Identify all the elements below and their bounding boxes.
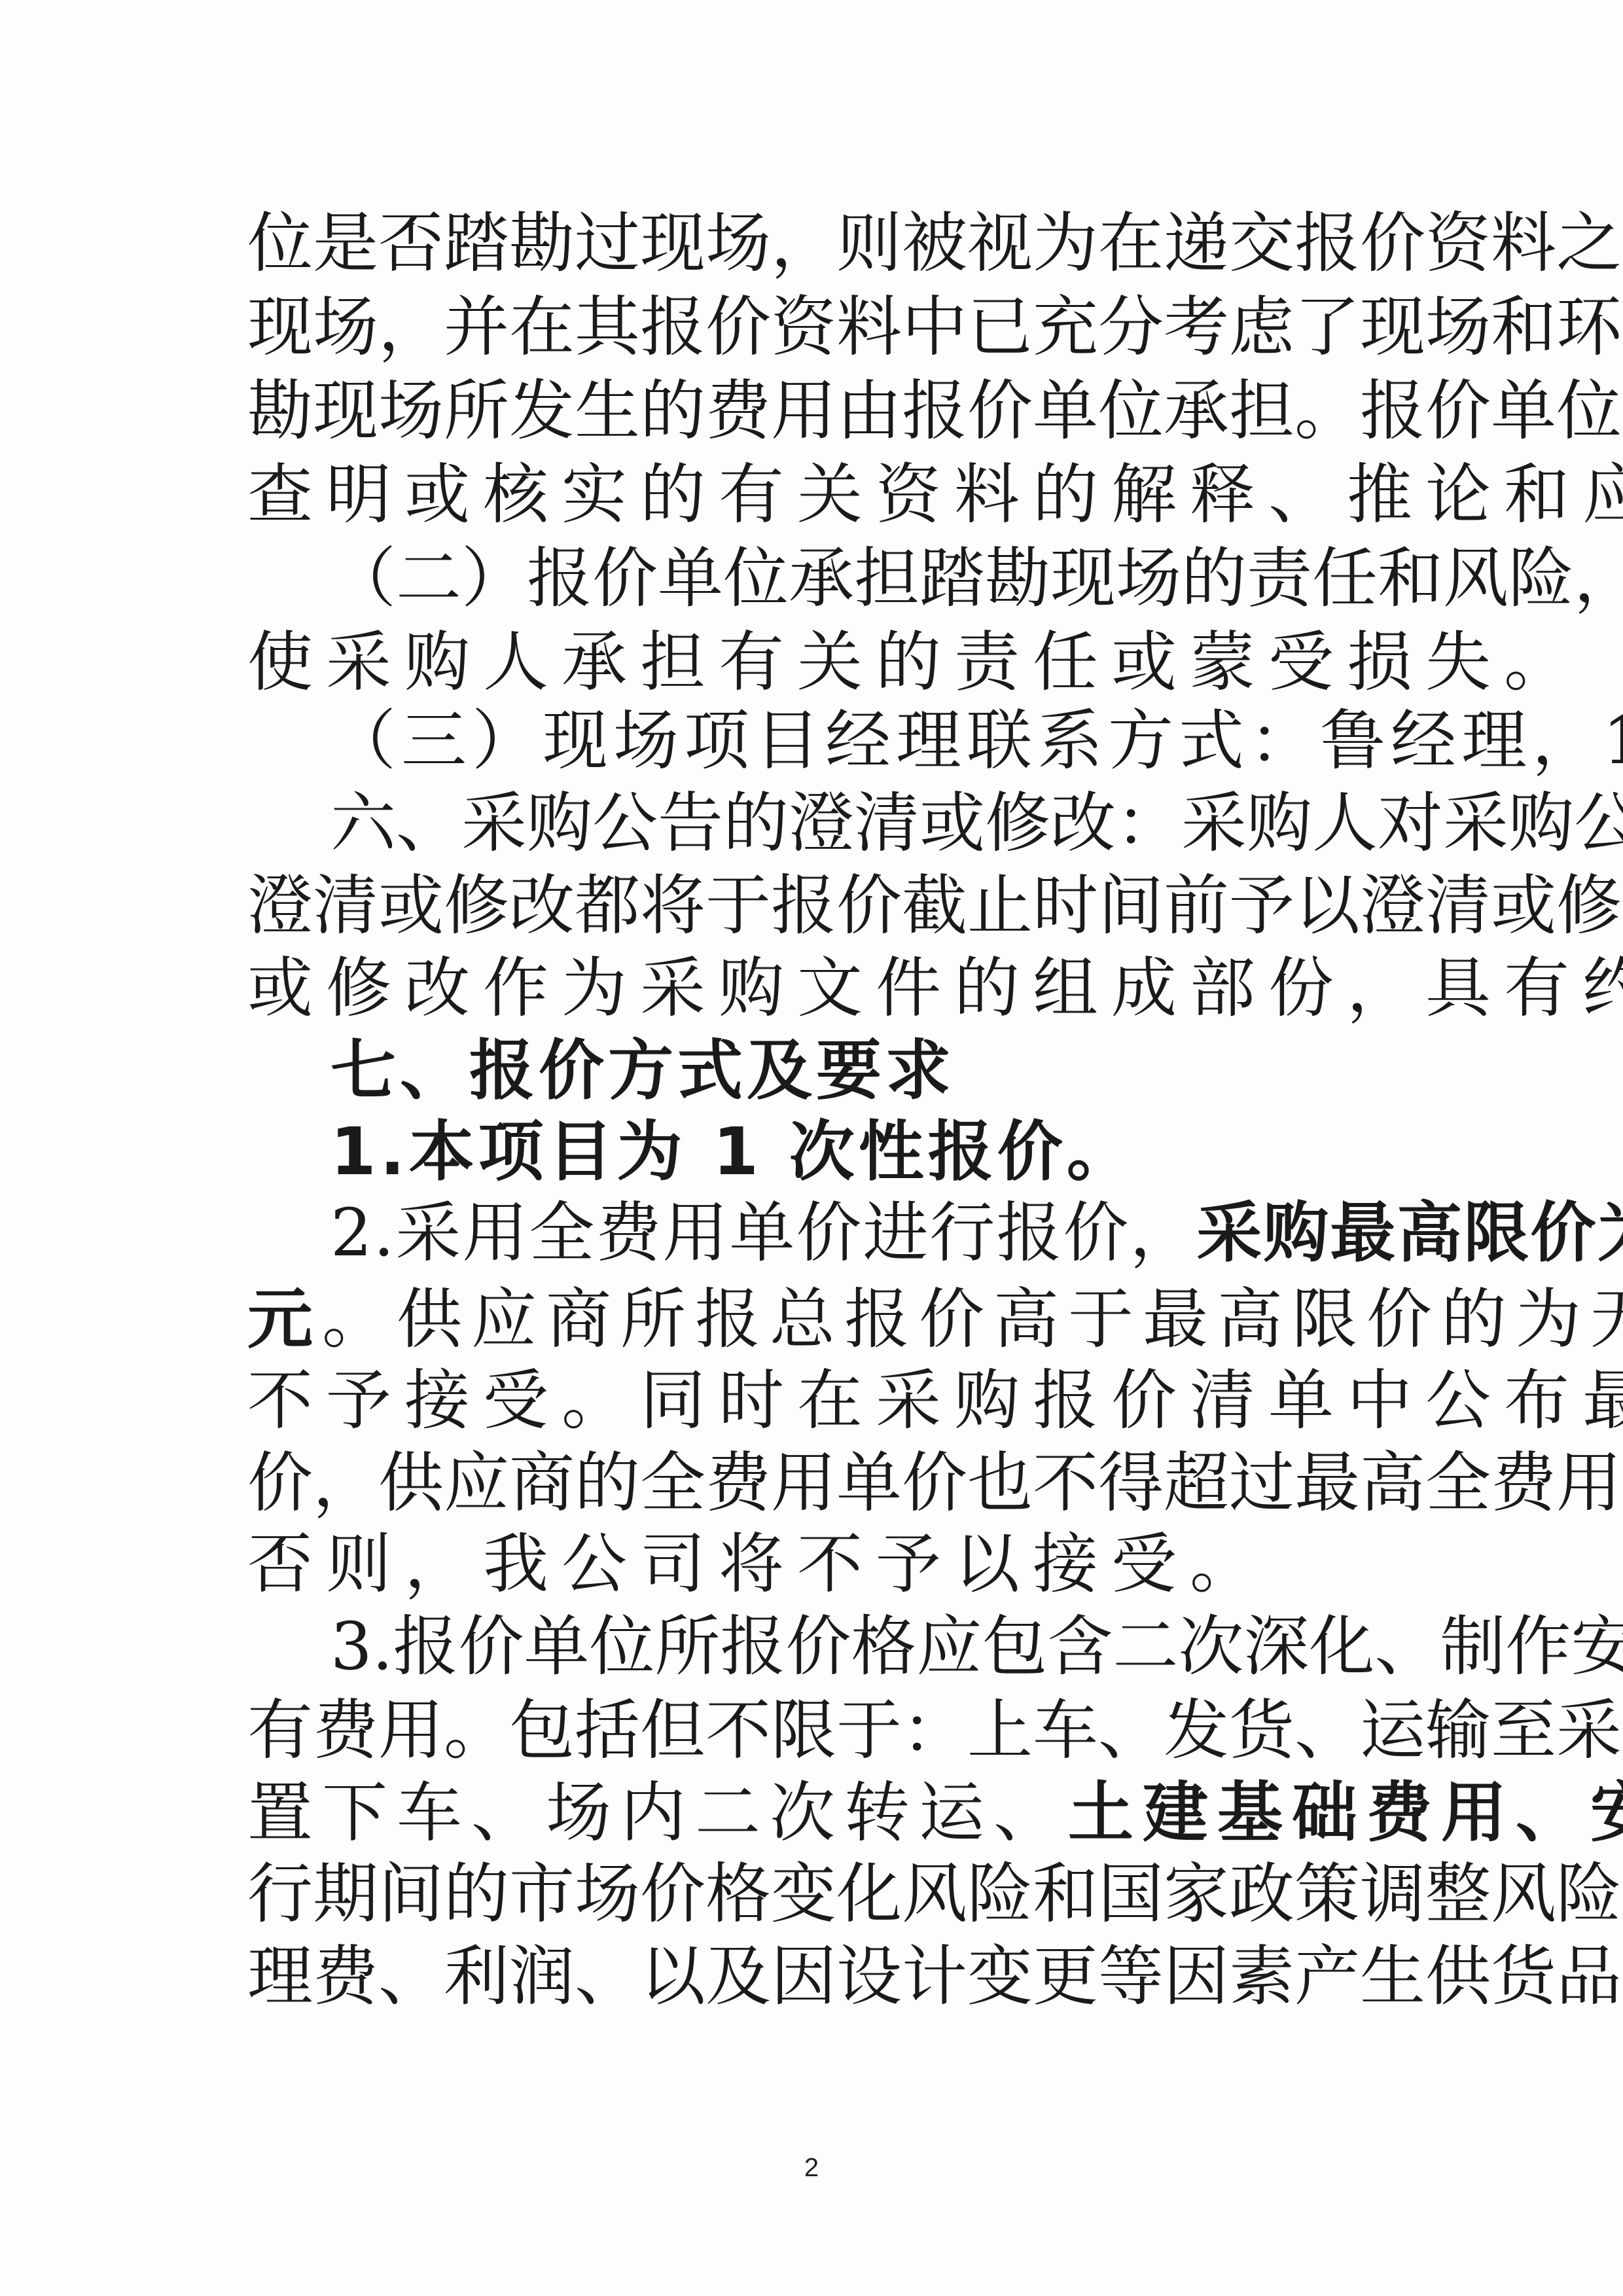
item-2-line: 价，供应商的全费用单价也不得超过最高全费用单价限价， bbox=[247, 1441, 1374, 1525]
item-3-line: 3.报价单位所报价格应包含二次深化、制作安装等的所 bbox=[330, 1605, 1374, 1689]
max-price-text: 采购最高限价为 375200.00 bbox=[1196, 1194, 1623, 1271]
item-3-line: 行期间的市场价格变化风险和国家政策调整风险、税金、管 bbox=[247, 1852, 1374, 1936]
bold-costs-text: 土建基础费用、安装费用 bbox=[1068, 1774, 1623, 1851]
item-2-line: 元。供应商所报总报价高于最高限价的为无效报价，我公司 bbox=[247, 1278, 1374, 1361]
price-unit: 元 bbox=[247, 1281, 322, 1357]
item-3-text: 置下车、场内二次转运、 bbox=[247, 1774, 1068, 1851]
contact-line: （三）现场项目经理联系方式：鲁经理，18008222039 bbox=[330, 699, 1374, 783]
section-6-line: 六、采购公告的澄清或修改：采购人对采购公告做出的 bbox=[330, 781, 1374, 865]
page-number: 2 bbox=[798, 2153, 825, 2183]
item-2-line: 2.采用全费用单价进行报价，采购最高限价为 375200.00 bbox=[330, 1191, 1374, 1275]
document-page: 位是否踏勘过现场，则被视为在递交报价资料之前已经踏勘 现场，并在其报价资料中已充… bbox=[0, 0, 1623, 2296]
section-6-line: 澄清或修改都将于报价截止时间前予以澄清或修改，该澄清 bbox=[247, 864, 1374, 948]
section-7-heading: 七、报价方式及要求 bbox=[330, 1029, 1374, 1113]
item-2-text: 。供应商所报总报价高于最高限价的为无效报价，我公司 bbox=[322, 1281, 1623, 1357]
item-3-line: 理费、利润、以及因设计变更等因素产生供货品种或数量上 bbox=[247, 1935, 1374, 2018]
item-2-line: 否则，我公司将不予以接受。 bbox=[247, 1522, 1374, 1606]
item-1-line: 1.本项目为 1 次性报价。 bbox=[330, 1110, 1374, 1194]
item-3-line: 有费用。包括但不限于：上车、发货、运输至采购人指定位 bbox=[247, 1689, 1374, 1772]
item-2-text: 2.采用全费用单价进行报价， bbox=[330, 1194, 1196, 1271]
section-6-line: 或修改作为采购文件的组成部份，具有约束作用。 bbox=[247, 946, 1374, 1030]
paragraph-line: 查明或核实的有关资料的解释、推论和应用负责。 bbox=[247, 453, 1374, 537]
clause-2-line: （二）报价单位承担踏勘现场的责任和风险，不得因此 bbox=[330, 537, 1374, 620]
item-2-line: 不予接受。同时在采购报价清单中公布最高全费用单价限 bbox=[247, 1359, 1374, 1443]
clause-2-line: 使采购人承担有关的责任或蒙受损失。 bbox=[247, 620, 1374, 704]
item-3-line: 置下车、场内二次转运、土建基础费用、安装费用、合同执 bbox=[247, 1771, 1374, 1855]
paragraph-line: 位是否踏勘过现场，则被视为在递交报价资料之前已经踏勘 bbox=[247, 202, 1374, 285]
paragraph-line: 现场，并在其报价资料中已充分考虑了现场和环境条件。踏 bbox=[247, 285, 1374, 369]
paragraph-line: 勘现场所发生的费用由报价单位承担。报价单位应对其自行 bbox=[247, 369, 1374, 453]
